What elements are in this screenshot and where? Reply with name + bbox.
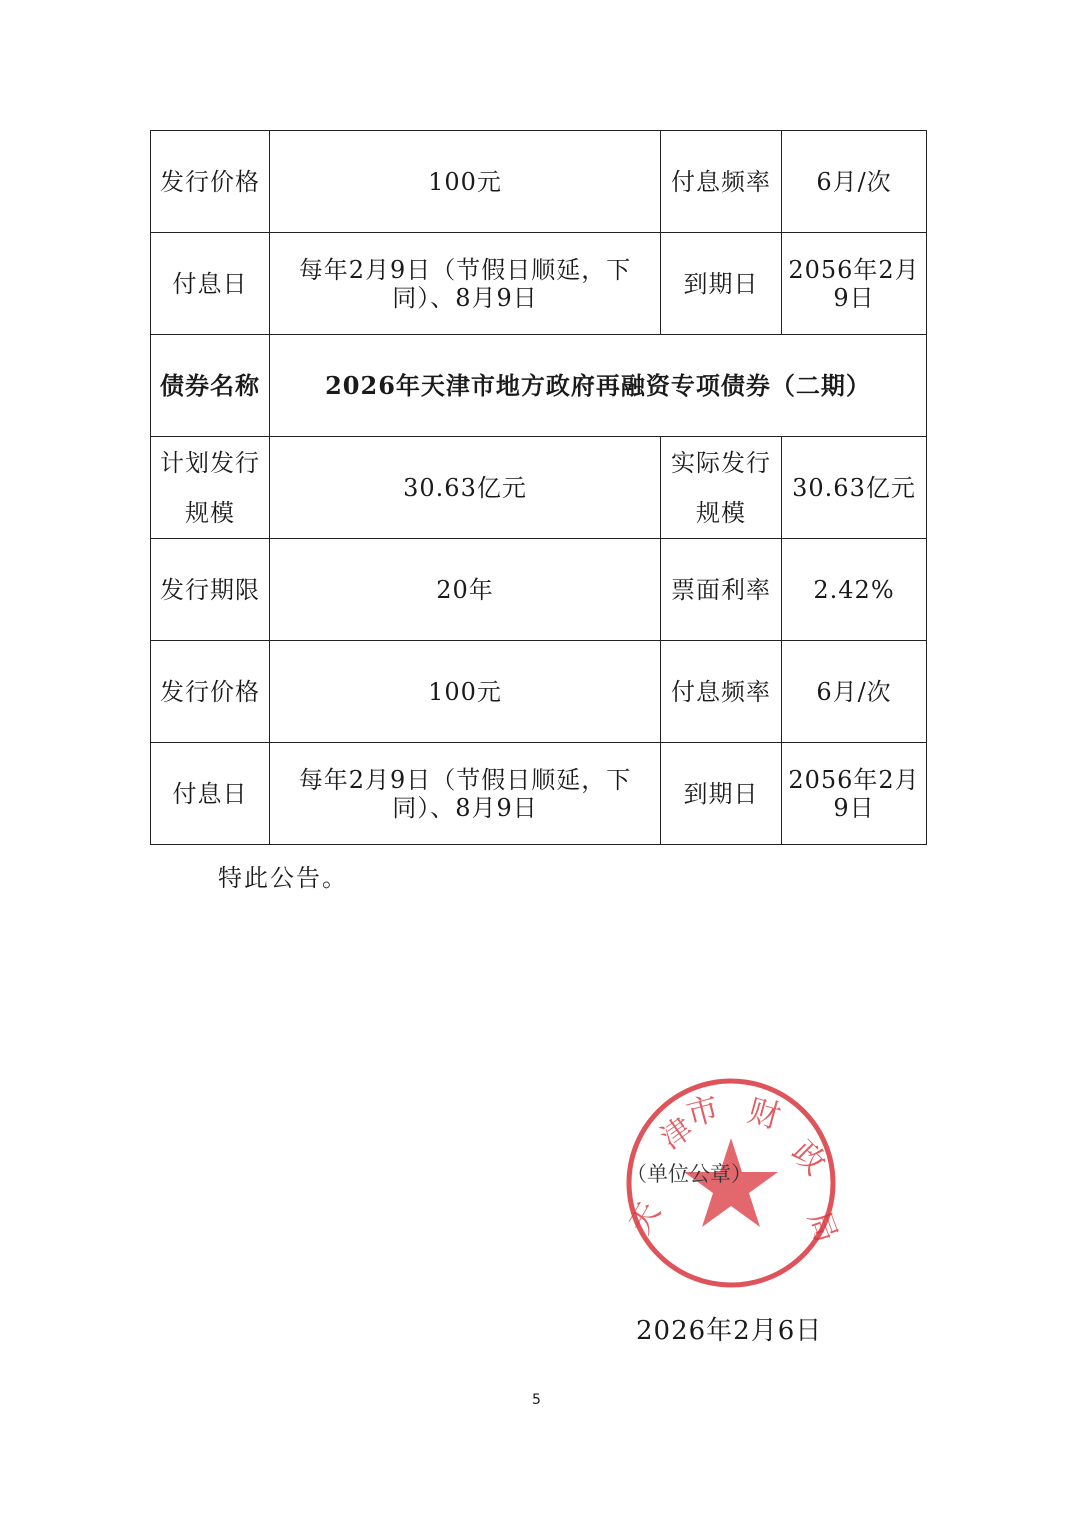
svg-text:政: 政 (784, 1133, 834, 1183)
value-cell: 2056年2月9日 (782, 743, 927, 845)
value-cell: 100元 (270, 131, 661, 233)
page-number: 5 (532, 1392, 541, 1408)
issue-date: 2026年2月6日 (636, 1310, 822, 1347)
bond-name-label: 债券名称 (151, 335, 270, 437)
label-cell: 付息日 (151, 743, 270, 845)
table-row: 计划发行规模 30.63亿元 实际发行规模 30.63亿元 (151, 437, 927, 539)
svg-text:财: 财 (744, 1091, 785, 1136)
value-cell: 每年2月9日（节假日顺延，下同）、8月9日 (270, 233, 661, 335)
value-cell: 2.42% (782, 539, 927, 641)
table-row-bond-name: 债券名称 2026年天津市地方政府再融资专项债券（二期） (151, 335, 927, 437)
bond-name-value: 2026年天津市地方政府再融资专项债券（二期） (270, 335, 927, 437)
value-cell: 30.63亿元 (782, 437, 927, 539)
table-row: 发行价格 100元 付息频率 6月/次 (151, 641, 927, 743)
closing-statement: 特此公告。 (218, 858, 348, 893)
value-cell: 每年2月9日（节假日顺延，下同）、8月9日 (270, 743, 661, 845)
label-cell: 计划发行规模 (151, 437, 270, 539)
label-cell: 到期日 (661, 743, 782, 845)
table-row: 付息日 每年2月9日（节假日顺延，下同）、8月9日 到期日 2056年2月9日 (151, 743, 927, 845)
seal-label: （单位公章） (626, 1158, 752, 1188)
value-cell: 2056年2月9日 (782, 233, 927, 335)
label-cell: 到期日 (661, 233, 782, 335)
label-cell: 实际发行规模 (661, 437, 782, 539)
label-cell: 发行期限 (151, 539, 270, 641)
value-cell: 6月/次 (782, 641, 927, 743)
table-row: 付息日 每年2月9日（节假日顺延，下同）、8月9日 到期日 2056年2月9日 (151, 233, 927, 335)
label-cell: 发行价格 (151, 641, 270, 743)
svg-text:局: 局 (800, 1207, 843, 1247)
label-cell: 发行价格 (151, 131, 270, 233)
table-row: 发行期限 20年 票面利率 2.42% (151, 539, 927, 641)
value-cell: 6月/次 (782, 131, 927, 233)
label-cell: 付息日 (151, 233, 270, 335)
label-cell: 票面利率 (661, 539, 782, 641)
value-cell: 100元 (270, 641, 661, 743)
label-cell: 付息频率 (661, 131, 782, 233)
value-cell: 20年 (270, 539, 661, 641)
value-cell: 30.63亿元 (270, 437, 661, 539)
table-row: 发行价格 100元 付息频率 6月/次 (151, 131, 927, 233)
bond-info-table: 发行价格 100元 付息频率 6月/次 付息日 每年2月9日（节假日顺延，下同）… (150, 130, 927, 845)
label-cell: 付息频率 (661, 641, 782, 743)
